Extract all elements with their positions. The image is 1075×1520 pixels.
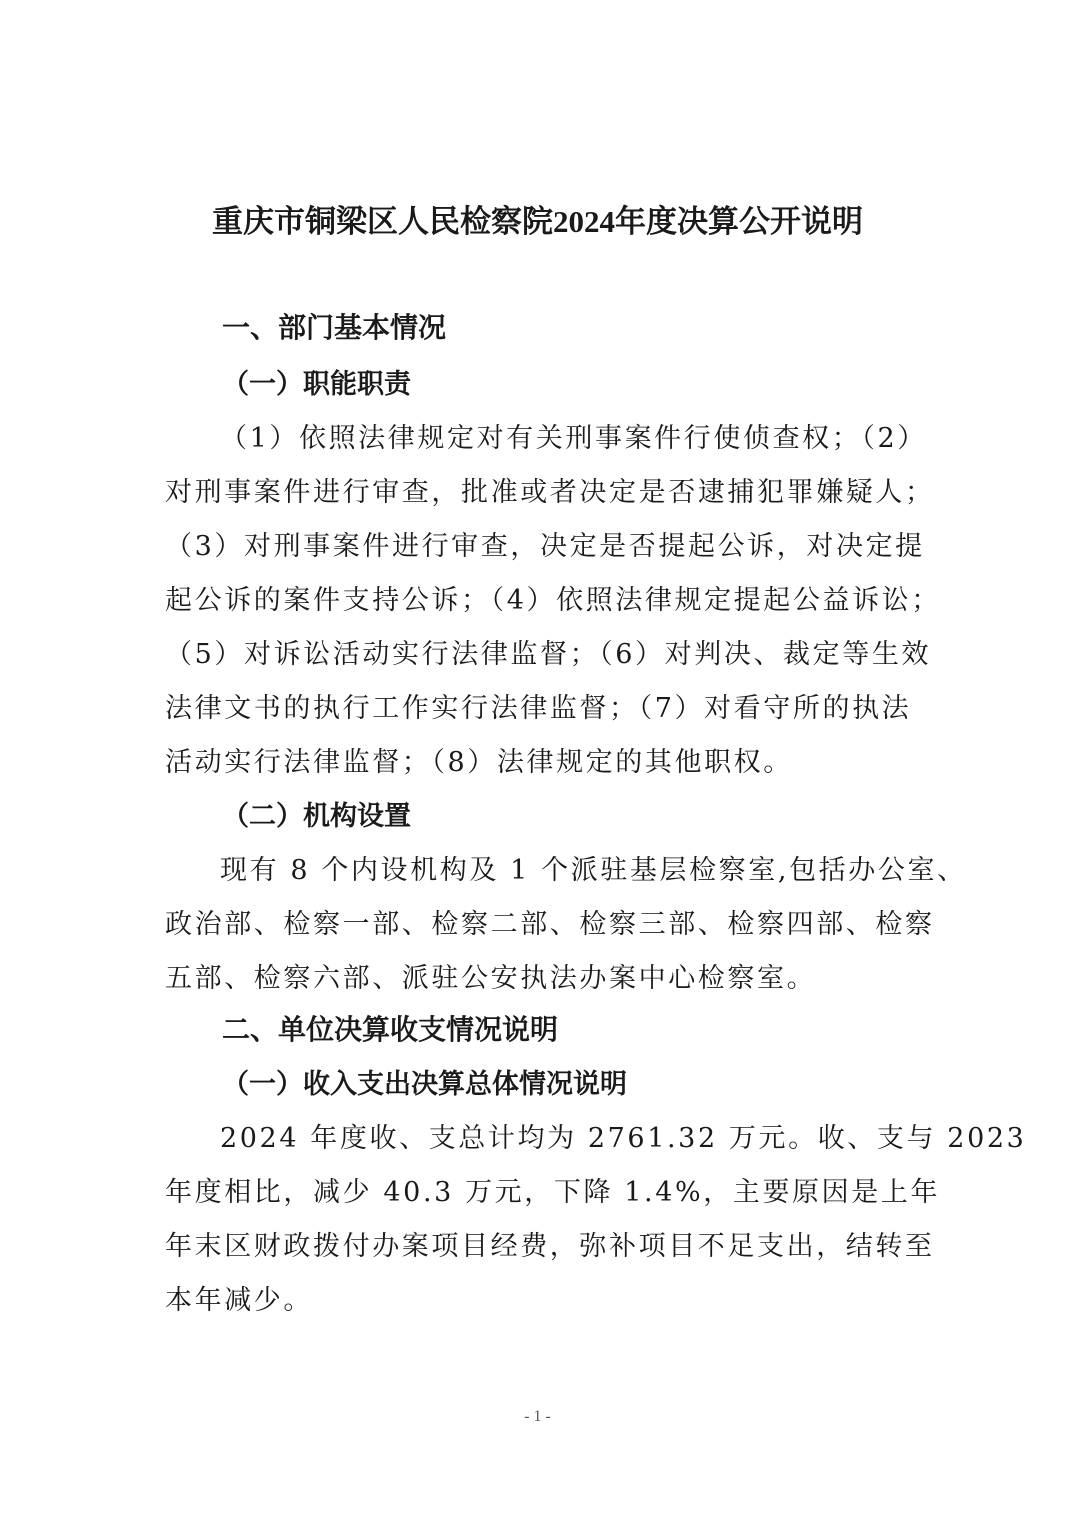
- paragraph-line: 对刑事案件进行审查，批准或者决定是否逮捕犯罪嫌疑人；: [165, 470, 913, 509]
- section-heading-1: 一、部门基本情况: [222, 306, 446, 346]
- paragraph-line: 起公诉的案件支持公诉；（4）依照法律规定提起公益诉讼；: [165, 578, 913, 617]
- paragraph-line: （1）依照法律规定对有关刑事案件行使侦查权；（2）: [220, 416, 913, 455]
- subsection-heading-2-1: （一）收入支出决算总体情况说明: [222, 1062, 627, 1101]
- subsection-heading-1-1: （一）职能职责: [222, 362, 411, 401]
- paragraph-line: 本年减少。: [165, 1278, 913, 1317]
- paragraph-line: 法律文书的执行工作实行法律监督；（7）对看守所的执法: [165, 686, 913, 725]
- paragraph-line: 活动实行法律监督；（8）法律规定的其他职权。: [165, 740, 913, 779]
- paragraph-line: 现有 8 个内设机构及 1 个派驻基层检察室,包括办公室、: [220, 848, 913, 887]
- document-title: 重庆市铜梁区人民检察院2024年度决算公开说明: [0, 196, 1075, 241]
- paragraph-line: 五部、检察六部、派驻公安执法办案中心检察室。: [165, 956, 913, 995]
- paragraph-line: （5）对诉讼活动实行法律监督；（6）对判决、裁定等生效: [165, 632, 913, 671]
- page-number: - 1 -: [0, 1408, 1075, 1426]
- paragraph-line: （3）对刑事案件进行审查，决定是否提起公诉，对决定提: [165, 524, 913, 563]
- paragraph-line: 2024 年度收、支总计均为 2761.32 万元。收、支与 2023: [220, 1116, 913, 1155]
- subsection-heading-1-2: （二）机构设置: [222, 794, 411, 833]
- paragraph-line: 年度相比，减少 40.3 万元，下降 1.4%，主要原因是上年: [165, 1170, 913, 1209]
- paragraph-line: 年末区财政拨付办案项目经费，弥补项目不足支出，结转至: [165, 1224, 913, 1263]
- section-heading-2: 二、单位决算收支情况说明: [222, 1008, 558, 1048]
- paragraph-line: 政治部、检察一部、检察二部、检察三部、检察四部、检察: [165, 902, 913, 941]
